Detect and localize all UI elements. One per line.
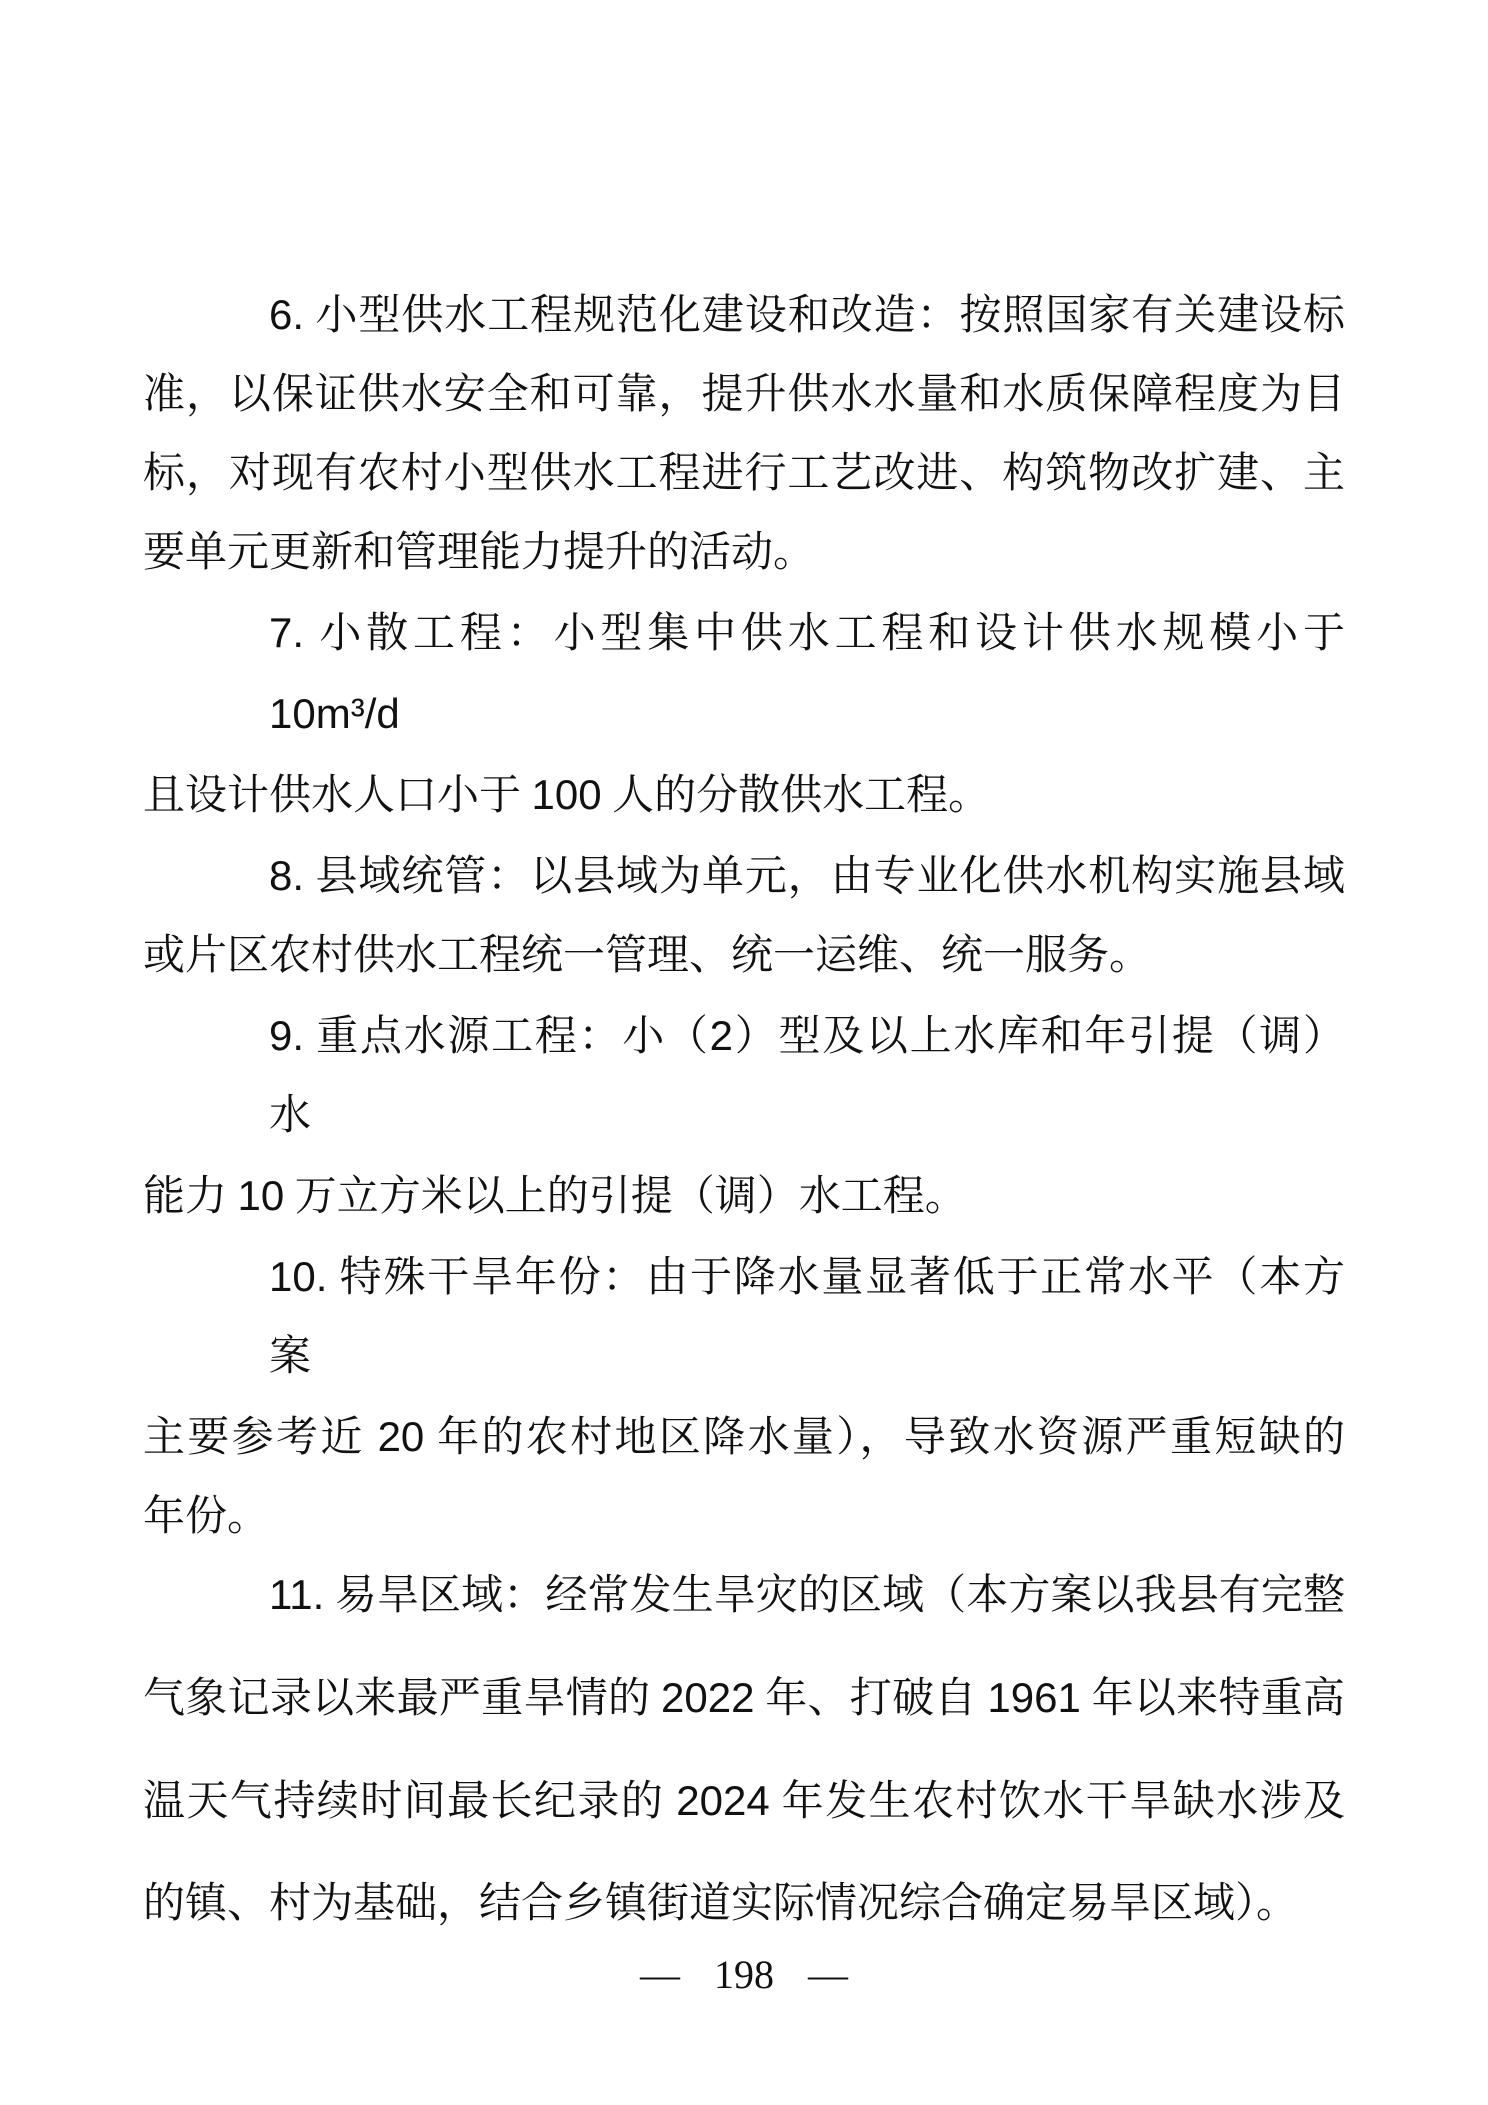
text-line: 标，对现有农村小型供水工程进行工艺改进、构筑物改扩建、主 <box>143 435 1345 514</box>
footer-right-dash: — <box>808 1945 848 2005</box>
paragraph-item-8: 8. 县域统管：以县域为单元，由专业化供水机构实施县域或片区农村供水工程统一管理… <box>143 836 1345 996</box>
paragraph-item-9: 9. 重点水源工程：小（2）型及以上水库和年引提（调）水能力 10 万立方米以上… <box>143 996 1345 1237</box>
latin-text: 1961 <box>987 1674 1080 1721</box>
text-line: 且设计供水人口小于 100 人的分散供水工程。 <box>143 755 1345 836</box>
page-footer: —198— <box>0 1945 1488 2005</box>
text-line: 要单元更新和管理能力提升的活动。 <box>143 514 1345 593</box>
text-line: 9. 重点水源工程：小（2）型及以上水库和年引提（调）水 <box>143 996 1345 1156</box>
text-line: 11. 易旱区域：经常发生旱灾的区域（本方案以我县有完整 <box>143 1544 1345 1647</box>
latin-text: 10m³/d <box>269 690 400 737</box>
text-line: 温天气持续时间最长纪录的 2024 年发生农村饮水干旱缺水涉及 <box>143 1750 1345 1853</box>
latin-text: 6. <box>269 291 304 338</box>
footer-left-dash: — <box>640 1945 680 2005</box>
latin-text: 2022 <box>661 1674 754 1721</box>
text-line: 准，以保证供水安全和可靠，提升供水水量和水质保障程度为目 <box>143 356 1345 435</box>
paragraph-item-6: 6. 小型供水工程规范化建设和改造：按照国家有关建设标准，以保证供水安全和可靠，… <box>143 275 1345 593</box>
latin-text: 20 <box>378 1413 425 1460</box>
paragraph-item-11: 11. 易旱区域：经常发生旱灾的区域（本方案以我县有完整气象记录以来最严重旱情的… <box>143 1544 1345 1955</box>
latin-text: 7. <box>269 609 304 656</box>
paragraph-item-10: 10. 特殊干旱年份：由于降水量显著低于正常水平（本方案主要参考近 20 年的农… <box>143 1237 1345 1557</box>
latin-text: 11. <box>269 1571 324 1618</box>
text-line: 8. 县域统管：以县域为单元，由专业化供水机构实施县域 <box>143 836 1345 917</box>
document-body: 6. 小型供水工程规范化建设和改造：按照国家有关建设标准，以保证供水安全和可靠，… <box>143 275 1345 1955</box>
latin-text: 2 <box>710 1012 733 1059</box>
text-line: 气象记录以来最严重旱情的 2022 年、打破自 1961 年以来特重高 <box>143 1647 1345 1750</box>
text-line: 6. 小型供水工程规范化建设和改造：按照国家有关建设标 <box>143 275 1345 356</box>
latin-text: 10 <box>238 1172 285 1219</box>
latin-text: 2024 <box>676 1777 769 1824</box>
text-line: 10. 特殊干旱年份：由于降水量显著低于正常水平（本方案 <box>143 1237 1345 1397</box>
latin-text: 8. <box>269 852 304 899</box>
page-number: 198 <box>714 1945 774 2005</box>
text-line: 或片区农村供水工程统一管理、统一运维、统一服务。 <box>143 917 1345 996</box>
text-line: 能力 10 万立方米以上的引提（调）水工程。 <box>143 1156 1345 1237</box>
text-line: 的镇、村为基础，结合乡镇街道实际情况综合确定易旱区域）。 <box>143 1853 1345 1955</box>
text-line: 7. 小散工程：小型集中供水工程和设计供水规模小于 10m³/d <box>143 593 1345 755</box>
paragraph-item-7: 7. 小散工程：小型集中供水工程和设计供水规模小于 10m³/d且设计供水人口小… <box>143 593 1345 836</box>
latin-text: 100 <box>532 771 602 818</box>
document-page: 6. 小型供水工程规范化建设和改造：按照国家有关建设标准，以保证供水安全和可靠，… <box>0 0 1488 2105</box>
latin-text: 9. <box>269 1012 304 1059</box>
latin-text: 10. <box>269 1253 327 1300</box>
text-line: 主要参考近 20 年的农村地区降水量），导致水资源严重短缺的 <box>143 1397 1345 1478</box>
